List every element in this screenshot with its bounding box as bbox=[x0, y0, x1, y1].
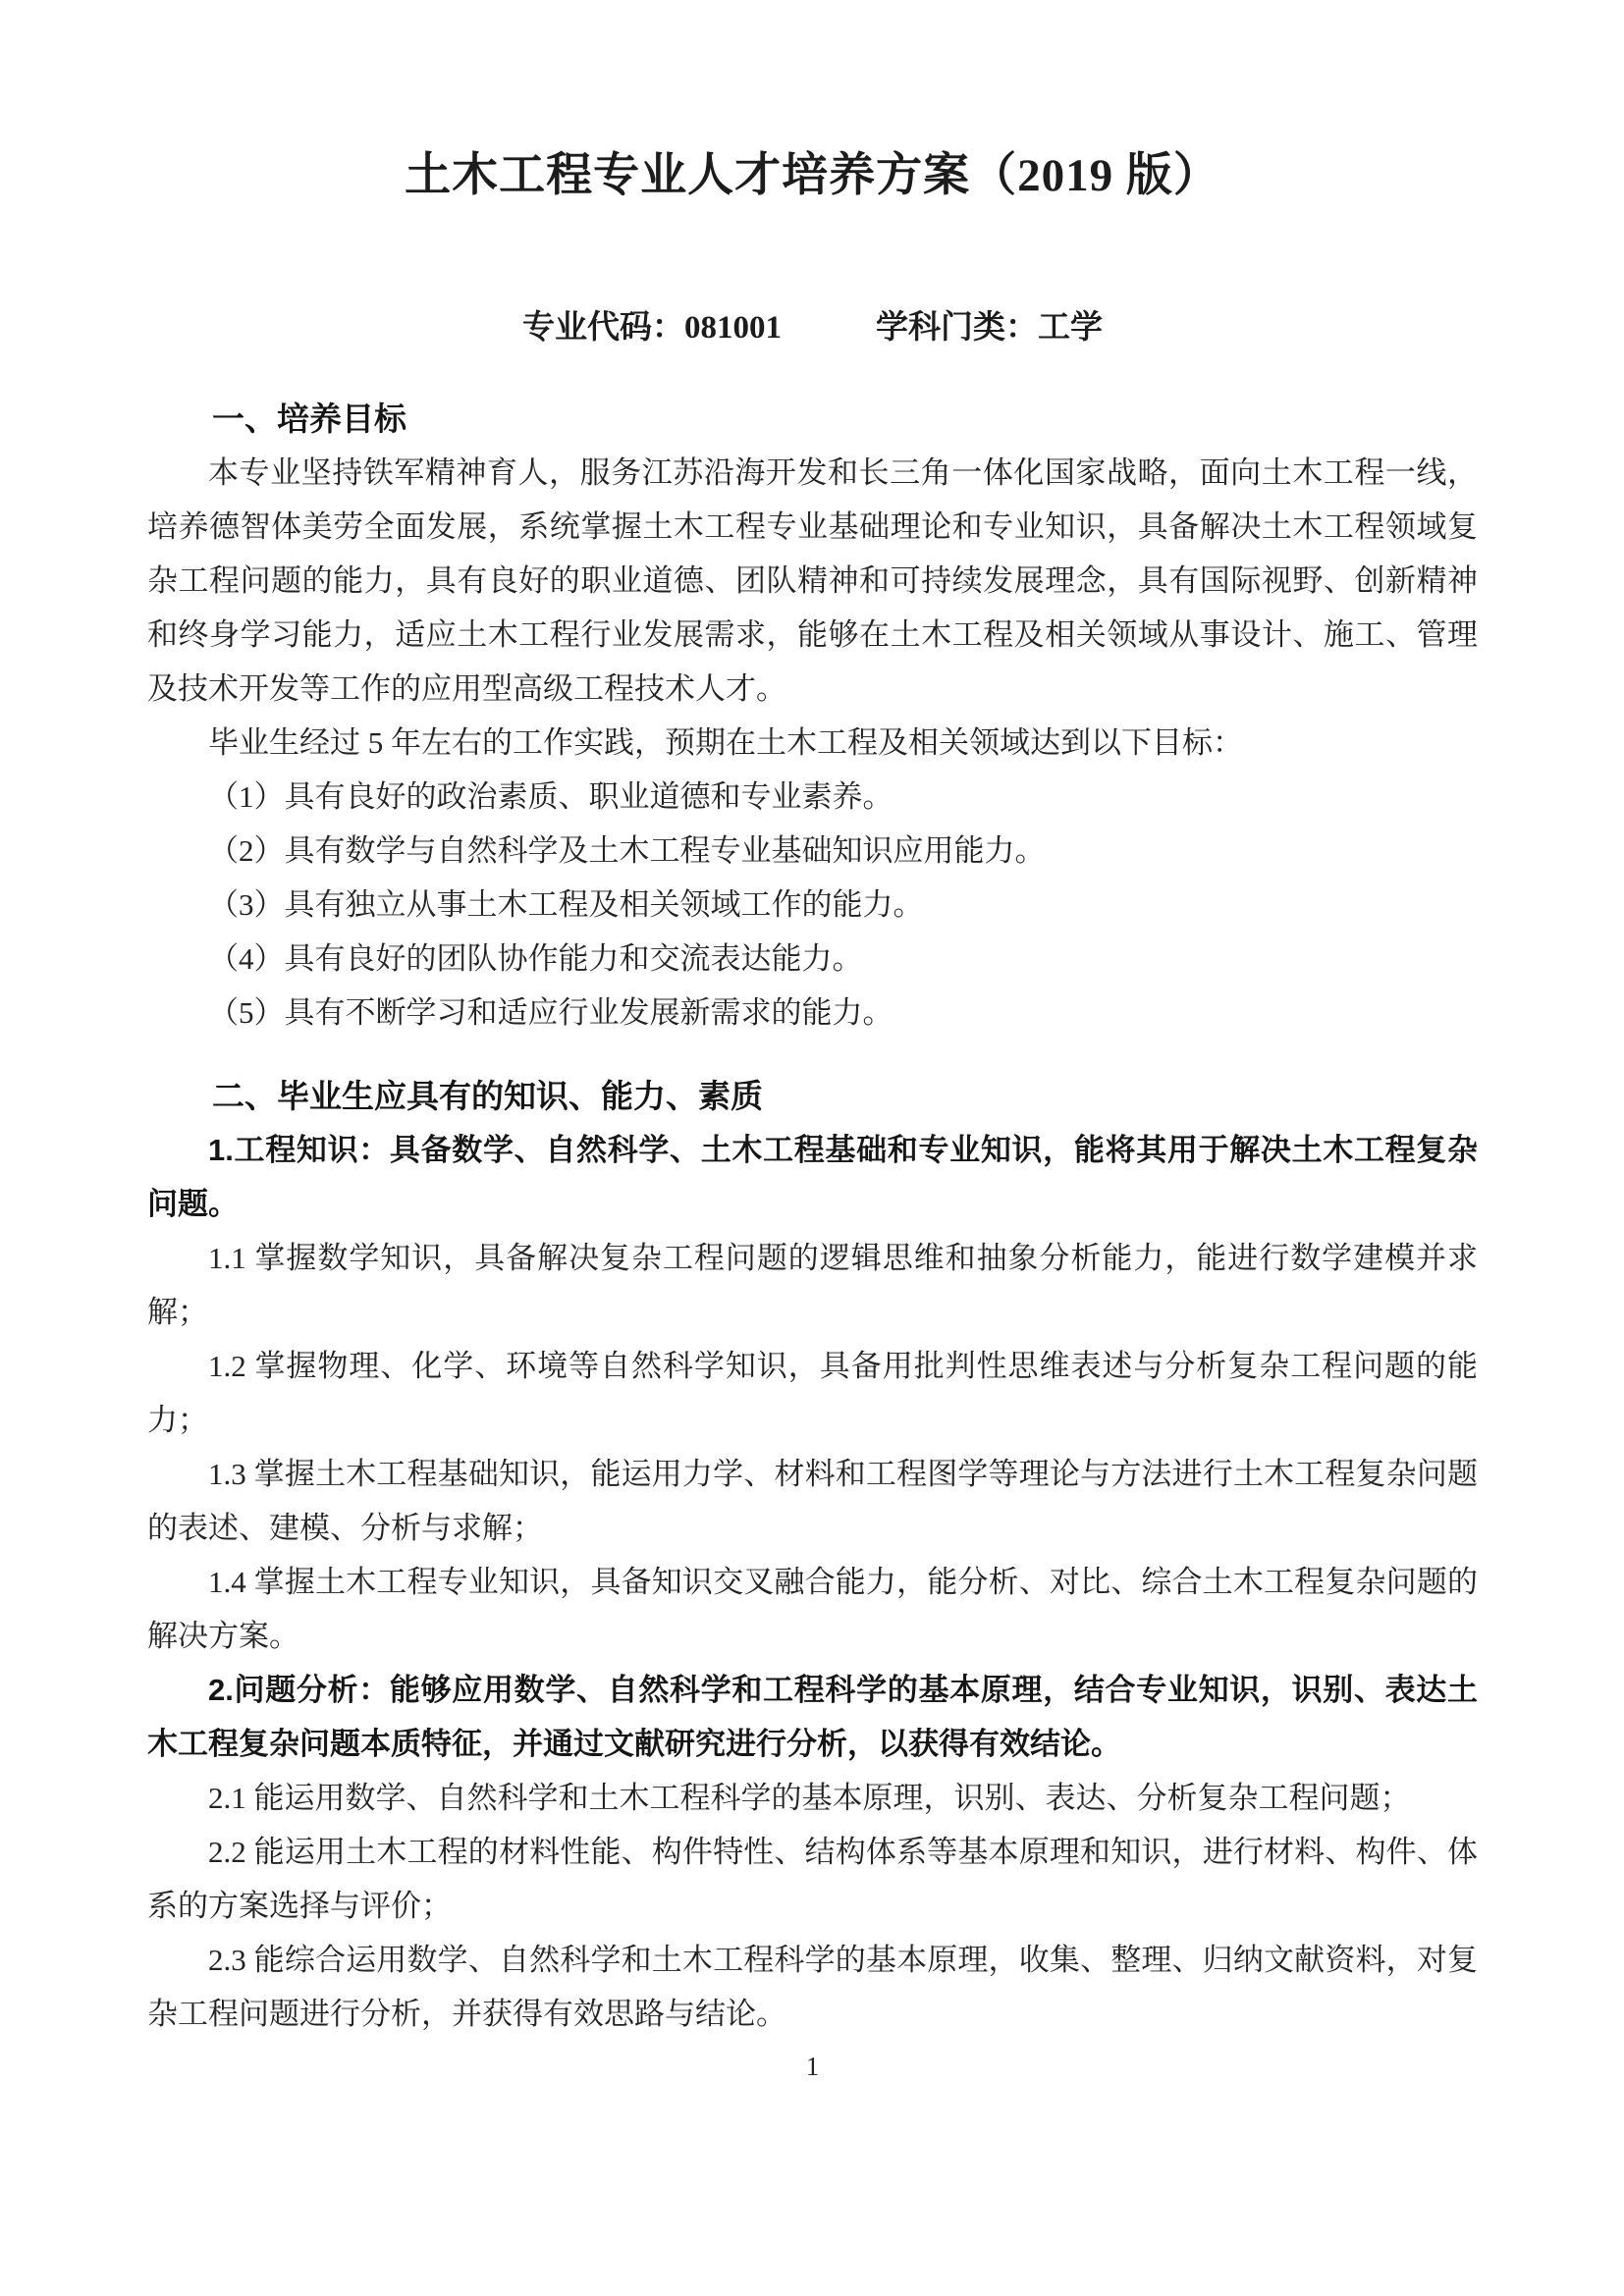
document-page: 土木工程专业人才培养方案（2019 版） 专业代码：081001学科门类：工学 … bbox=[0, 0, 1624, 2296]
section-2-heading: 二、毕业生应具有的知识、能力、素质 bbox=[147, 1069, 1478, 1123]
goal-item-2: （2）具有数学与自然科学及土木工程专业基础知识应用能力。 bbox=[147, 824, 1478, 878]
document-meta-line: 专业代码：081001学科门类：工学 bbox=[147, 301, 1478, 355]
knowledge-item-1-3: 1.3 掌握土木工程基础知识，能运用力学、材料和工程图学等理论与方法进行土木工程… bbox=[147, 1447, 1478, 1555]
knowledge-requirement-2-lead: 2.问题分析：能够应用数学、自然科学和工程科学的基本原理，结合专业知识，识别、表… bbox=[147, 1663, 1478, 1771]
document-title: 土木工程专业人才培养方案（2019 版） bbox=[147, 0, 1478, 203]
major-code: 专业代码：081001 bbox=[522, 310, 782, 346]
knowledge-item-2-1: 2.1 能运用数学、自然科学和土木工程科学的基本原理，识别、表达、分析复杂工程问… bbox=[147, 1771, 1478, 1825]
goal-item-3: （3）具有独立从事土木工程及相关领域工作的能力。 bbox=[147, 878, 1478, 932]
knowledge-requirement-1-lead: 1.工程知识：具备数学、自然科学、土木工程基础和专业知识，能将其用于解决土木工程… bbox=[147, 1123, 1478, 1231]
knowledge-item-2-2: 2.2 能运用土木工程的材料性能、构件特性、结构体系等基本原理和知识，进行材料、… bbox=[147, 1825, 1478, 1933]
knowledge-item-2-3: 2.3 能综合运用数学、自然科学和土木工程科学的基本原理，收集、整理、归纳文献资… bbox=[147, 1933, 1478, 2041]
goal-item-5: （5）具有不断学习和适应行业发展新需求的能力。 bbox=[147, 986, 1478, 1040]
discipline-category: 学科门类：工学 bbox=[876, 310, 1103, 346]
goal-item-1: （1）具有良好的政治素质、职业道德和专业素养。 bbox=[147, 770, 1478, 824]
knowledge-item-1-1: 1.1 掌握数学知识，具备解决复杂工程问题的逻辑思维和抽象分析能力，能进行数学建… bbox=[147, 1231, 1478, 1339]
page-number: 1 bbox=[147, 2047, 1478, 2086]
graduate-expectation-paragraph: 毕业生经过 5 年左右的工作实践，预期在土木工程及相关领域达到以下目标： bbox=[147, 716, 1478, 770]
training-objective-paragraph: 本专业坚持铁军精神育人，服务江苏沿海开发和长三角一体化国家战略，面向土木工程一线… bbox=[147, 446, 1478, 716]
knowledge-item-1-2: 1.2 掌握物理、化学、环境等自然科学知识，具备用批判性思维表述与分析复杂工程问… bbox=[147, 1339, 1478, 1447]
knowledge-item-1-4: 1.4 掌握土木工程专业知识，具备知识交叉融合能力，能分析、对比、综合土木工程复… bbox=[147, 1555, 1478, 1663]
goal-item-4: （4）具有良好的团队协作能力和交流表达能力。 bbox=[147, 932, 1478, 986]
section-1-heading: 一、培养目标 bbox=[147, 392, 1478, 446]
